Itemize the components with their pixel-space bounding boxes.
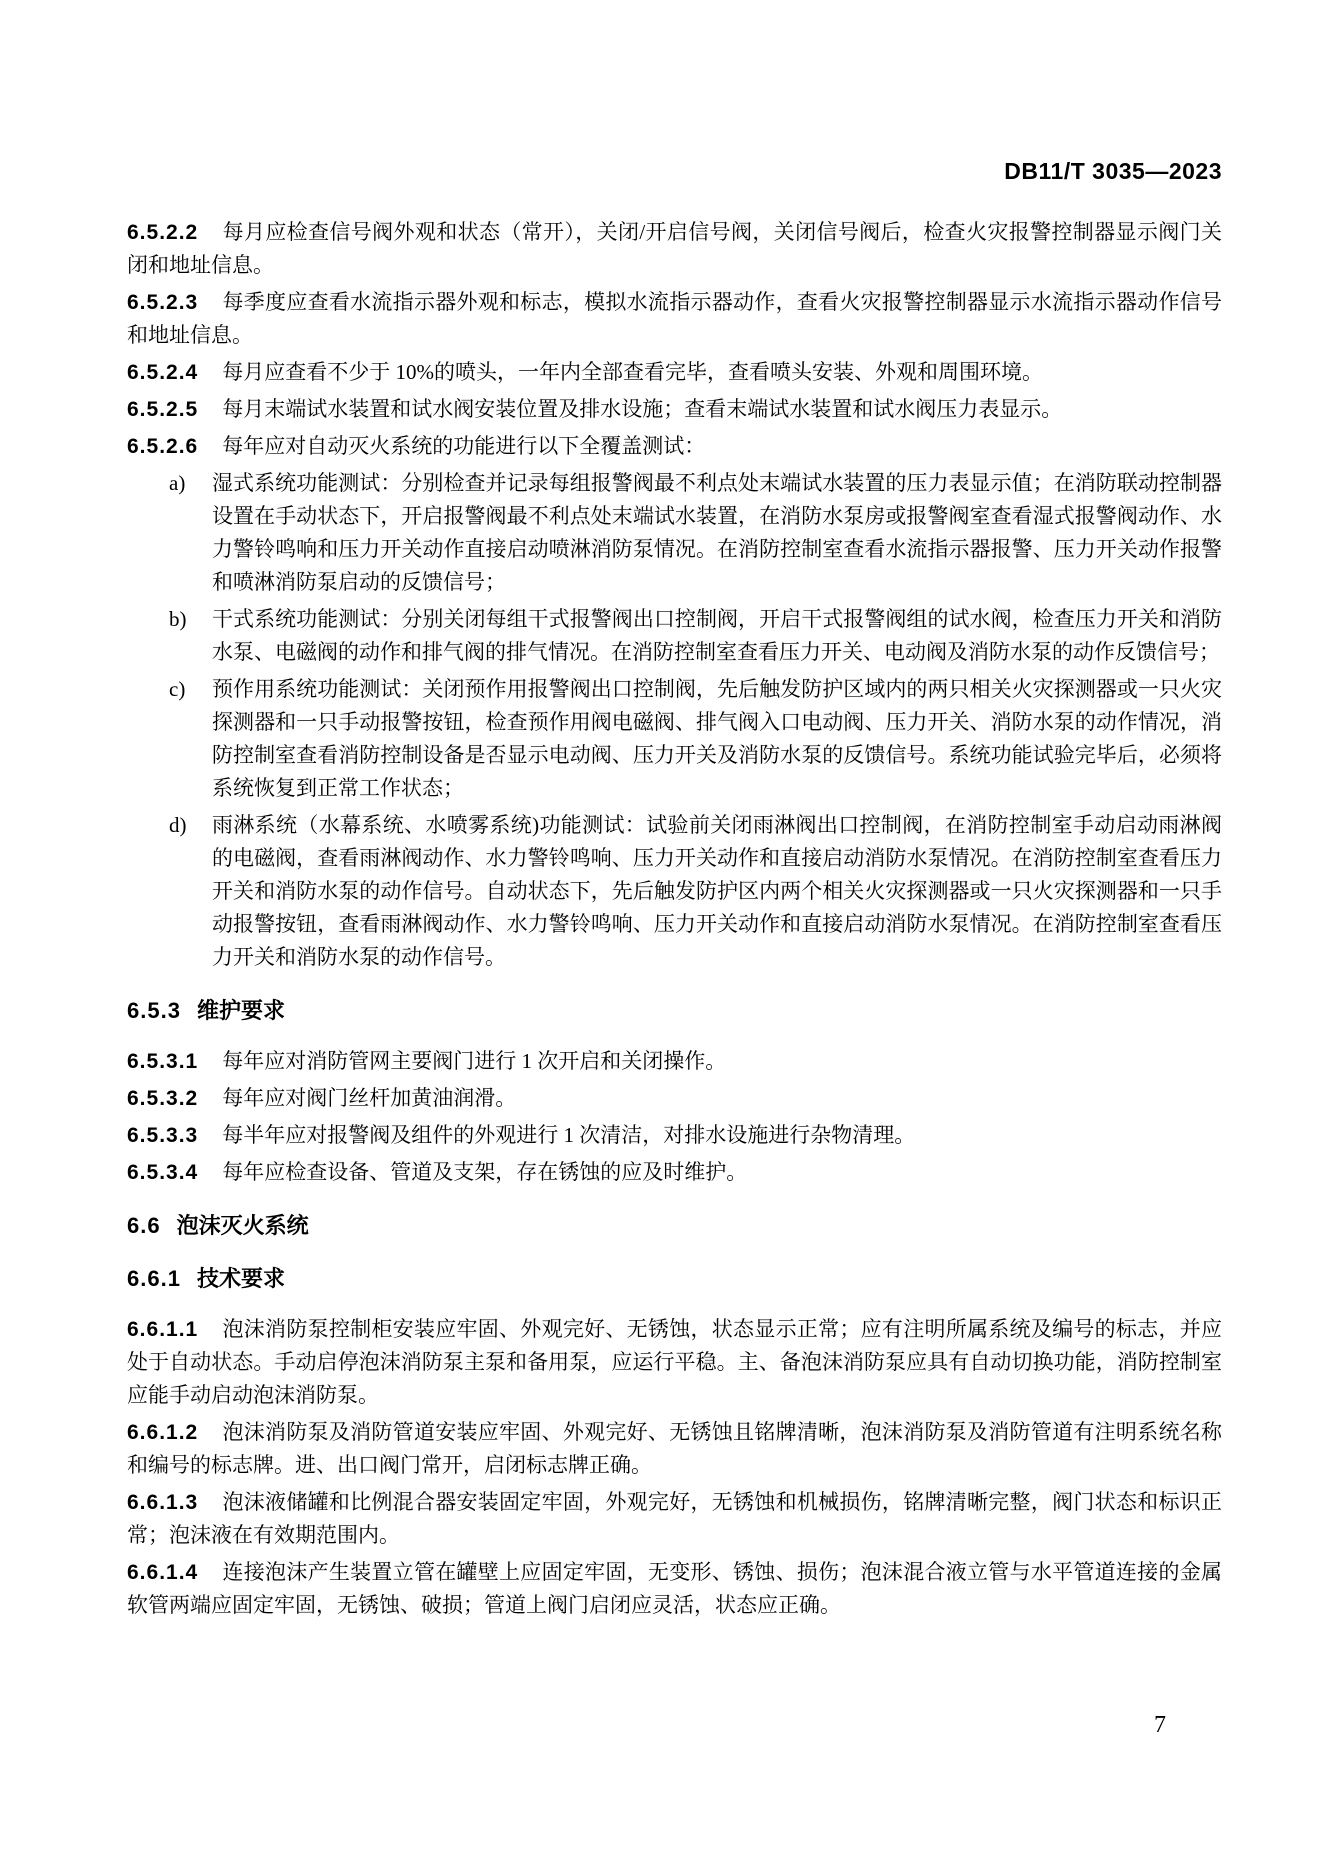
clause-number: 6.6.1.2 xyxy=(127,1421,198,1444)
clause-text: 每月末端试水装置和试水阀安装位置及排水设施；查看末端试水装置和试水阀压力表显示。 xyxy=(222,397,1062,421)
clause-text: 每月应检查信号阀外观和状态（常开），关闭/开启信号阀，关闭信号阀后，检查火灾报警… xyxy=(127,220,1222,277)
list-item: c)预作用系统功能测试：关闭预作用报警阀出口控制阀，先后触发防护区域内的两只相关… xyxy=(127,673,1222,805)
clause-number: 6.5.2.2 xyxy=(127,221,198,244)
clause: 6.5.3.4每年应检查设备、管道及支架，存在锈蚀的应及时维护。 xyxy=(127,1156,1222,1189)
clause-text: 湿式系统功能测试：分别检查并记录每组报警阀最不利点处末端试水装置的压力表显示值；… xyxy=(212,471,1222,594)
clause-number: 6.5.3.4 xyxy=(127,1161,198,1184)
clause-text: 雨淋系统（水幕系统、水喷雾系统)功能测试：试验前关闭雨淋阀出口控制阀，在消防控制… xyxy=(212,813,1222,969)
clause-text: 每年应对阀门丝杆加黄油润滑。 xyxy=(222,1086,516,1110)
clause-number: 6.6.1.1 xyxy=(127,1318,198,1341)
clause-text: 每月应查看不少于 10%的喷头，一年内全部查看完毕，查看喷头安装、外观和周围环境… xyxy=(222,360,1043,384)
clause-text: 泡沫液储罐和比例混合器安装固定牢固，外观完好，无锈蚀和机械损伤，铭牌清晰完整，阀… xyxy=(127,1490,1222,1547)
clause-text: 预作用系统功能测试：关闭预作用报警阀出口控制阀，先后触发防护区域内的两只相关火灾… xyxy=(212,677,1222,800)
clause-text: 每年应检查设备、管道及支架，存在锈蚀的应及时维护。 xyxy=(222,1160,747,1184)
clause-text: 每半年应对报警阀及组件的外观进行 1 次清洁，对排水设施进行杂物清理。 xyxy=(222,1123,915,1147)
clause-number: 6.5.2.6 xyxy=(127,435,198,458)
clause-number: 6.6 xyxy=(127,1213,161,1238)
section-heading-text: 泡沫灭火系统 xyxy=(177,1213,309,1238)
clause-text: 每年应对自动灭火系统的功能进行以下全覆盖测试： xyxy=(222,434,705,458)
section-heading: 6.5.3维护要求 xyxy=(127,994,1222,1027)
clause-number: 6.6.1 xyxy=(127,1266,181,1291)
list-item: a)湿式系统功能测试：分别检查并记录每组报警阀最不利点处末端试水装置的压力表显示… xyxy=(127,467,1222,599)
clause-text: 每季度应查看水流指示器外观和标志，模拟水流指示器动作，查看火灾报警控制器显示水流… xyxy=(127,290,1222,347)
clause-number: 6.6.1.4 xyxy=(127,1561,198,1584)
list-item: b)干式系统功能测试：分别关闭每组干式报警阀出口控制阀，开启干式报警阀组的试水阀… xyxy=(127,603,1222,669)
clause-number: 6.5.3.1 xyxy=(127,1050,198,1073)
clause-number: 6.5.2.3 xyxy=(127,291,198,314)
list-item-label: d) xyxy=(169,809,187,842)
document-body: 6.5.2.2每月应检查信号阀外观和状态（常开），关闭/开启信号阀，关闭信号阀后… xyxy=(127,216,1222,1626)
clause-number: 6.5.3.2 xyxy=(127,1087,198,1110)
clause-number: 6.6.1.3 xyxy=(127,1491,198,1514)
section-heading-text: 技术要求 xyxy=(197,1266,285,1291)
clause: 6.6.1.3泡沫液储罐和比例混合器安装固定牢固，外观完好，无锈蚀和机械损伤，铭… xyxy=(127,1486,1222,1552)
clause-number: 6.5.2.4 xyxy=(127,361,198,384)
clause: 6.5.2.2每月应检查信号阀外观和状态（常开），关闭/开启信号阀，关闭信号阀后… xyxy=(127,216,1222,282)
clause-number: 6.5.2.5 xyxy=(127,398,198,421)
clause-text: 干式系统功能测试：分别关闭每组干式报警阀出口控制阀，开启干式报警阀组的试水阀，检… xyxy=(212,607,1222,664)
clause-text: 泡沫消防泵及消防管道安装应牢固、外观完好、无锈蚀且铭牌清晰，泡沫消防泵及消防管道… xyxy=(127,1420,1222,1477)
clause: 6.6.1.1泡沫消防泵控制柜安装应牢固、外观完好、无锈蚀，状态显示正常；应有注… xyxy=(127,1313,1222,1412)
section-heading: 6.6泡沫灭火系统 xyxy=(127,1209,1222,1242)
document-page: { "header": { "code": "DB11/T 3035—2023"… xyxy=(0,0,1322,1871)
clause: 6.6.1.4连接泡沫产生装置立管在罐壁上应固定牢固，无变形、锈蚀、损伤；泡沫混… xyxy=(127,1556,1222,1622)
clause: 6.5.2.3每季度应查看水流指示器外观和标志，模拟水流指示器动作，查看火灾报警… xyxy=(127,286,1222,352)
clause-text: 泡沫消防泵控制柜安装应牢固、外观完好、无锈蚀，状态显示正常；应有注明所属系统及编… xyxy=(127,1317,1222,1407)
clause-text: 连接泡沫产生装置立管在罐壁上应固定牢固，无变形、锈蚀、损伤；泡沫混合液立管与水平… xyxy=(127,1560,1222,1617)
page-number: 7 xyxy=(1130,1712,1190,1739)
document-code: DB11/T 3035—2023 xyxy=(127,158,1222,185)
clause: 6.5.2.4每月应查看不少于 10%的喷头，一年内全部查看完毕，查看喷头安装、… xyxy=(127,356,1222,389)
clause-number: 6.5.3 xyxy=(127,998,181,1023)
clause-number: 6.5.3.3 xyxy=(127,1124,198,1147)
clause: 6.5.2.5每月末端试水装置和试水阀安装位置及排水设施；查看末端试水装置和试水… xyxy=(127,393,1222,426)
clause: 6.5.3.3每半年应对报警阀及组件的外观进行 1 次清洁，对排水设施进行杂物清… xyxy=(127,1119,1222,1152)
list-item-label: a) xyxy=(169,467,185,500)
clause: 6.5.2.6每年应对自动灭火系统的功能进行以下全覆盖测试： xyxy=(127,430,1222,463)
list-item: d)雨淋系统（水幕系统、水喷雾系统)功能测试：试验前关闭雨淋阀出口控制阀，在消防… xyxy=(127,809,1222,974)
clause: 6.5.3.2每年应对阀门丝杆加黄油润滑。 xyxy=(127,1082,1222,1115)
clause: 6.6.1.2泡沫消防泵及消防管道安装应牢固、外观完好、无锈蚀且铭牌清晰，泡沫消… xyxy=(127,1416,1222,1482)
clause-text: 每年应对消防管网主要阀门进行 1 次开启和关闭操作。 xyxy=(222,1049,726,1073)
list-item-label: c) xyxy=(169,673,185,706)
section-heading-text: 维护要求 xyxy=(197,998,285,1023)
clause: 6.5.3.1每年应对消防管网主要阀门进行 1 次开启和关闭操作。 xyxy=(127,1045,1222,1078)
list-item-label: b) xyxy=(169,603,187,636)
section-heading: 6.6.1技术要求 xyxy=(127,1262,1222,1295)
